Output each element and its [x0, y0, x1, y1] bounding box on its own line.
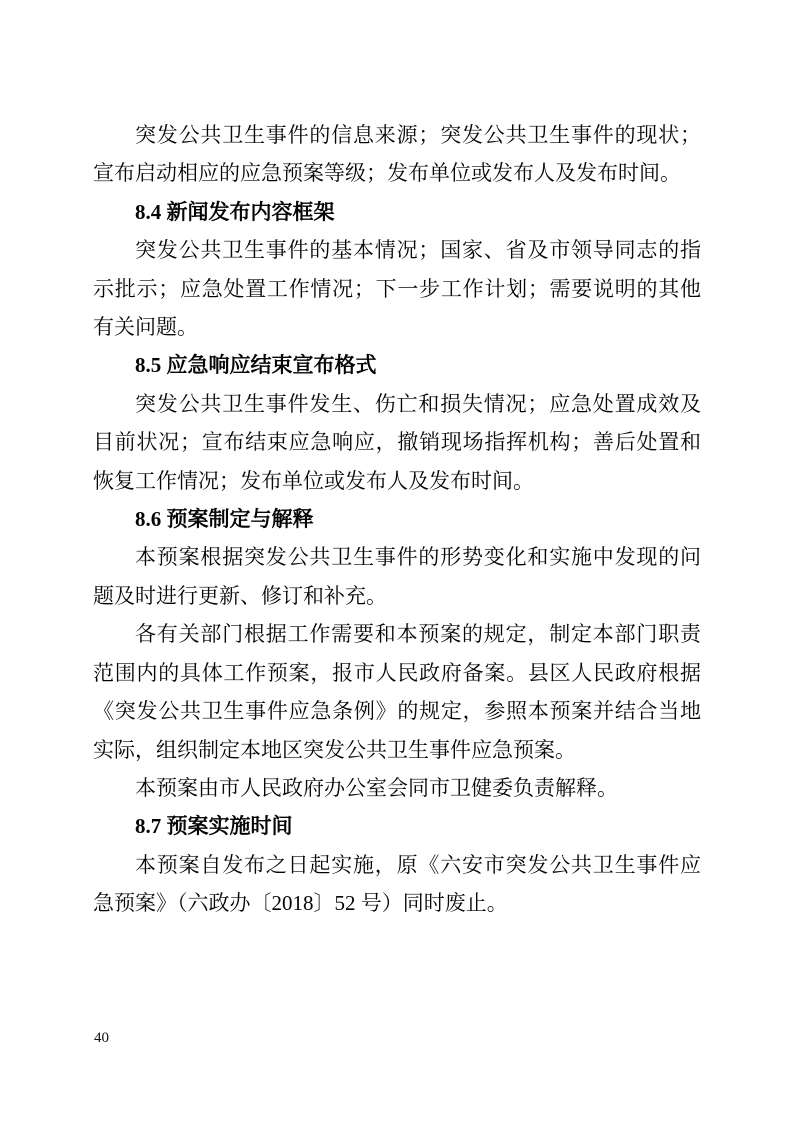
paragraph-info-sources: 突发公共卫生事件的信息来源；突发公共卫生事件的现状；宣布启动相应的应急预案等级；…: [93, 116, 701, 193]
heading-8-4: 8.4 新闻发布内容框架: [93, 193, 701, 231]
paragraph-implementation: 本预案自发布之日起实施，原《六安市突发公共卫生事件应急预案》（六政办〔2018〕…: [93, 846, 701, 923]
paragraph-response-end-format: 突发公共卫生事件发生、伤亡和损失情况；应急处置成效及目前状况；宣布结束应急响应，…: [93, 385, 701, 500]
paragraph-news-content: 突发公共卫生事件的基本情况；国家、省及市领导同志的指示批示；应急处置工作情况；下…: [93, 231, 701, 346]
heading-8-6: 8.6 预案制定与解释: [93, 500, 701, 538]
document-page: 突发公共卫生事件的信息来源；突发公共卫生事件的现状；宣布启动相应的应急预案等级；…: [0, 0, 794, 1122]
page-number: 40: [94, 1028, 109, 1048]
paragraph-interpretation: 本预案由市人民政府办公室会同市卫健委负责解释。: [93, 769, 701, 807]
document-body: 突发公共卫生事件的信息来源；突发公共卫生事件的现状；宣布启动相应的应急预案等级；…: [93, 116, 701, 923]
paragraph-plan-update: 本预案根据突发公共卫生事件的形势变化和实施中发现的问题及时进行更新、修订和补充。: [93, 538, 701, 615]
heading-8-7: 8.7 预案实施时间: [93, 807, 701, 845]
heading-8-5: 8.5 应急响应结束宣布格式: [93, 346, 701, 384]
paragraph-departments: 各有关部门根据工作需要和本预案的规定，制定本部门职责范围内的具体工作预案，报市人…: [93, 615, 701, 769]
